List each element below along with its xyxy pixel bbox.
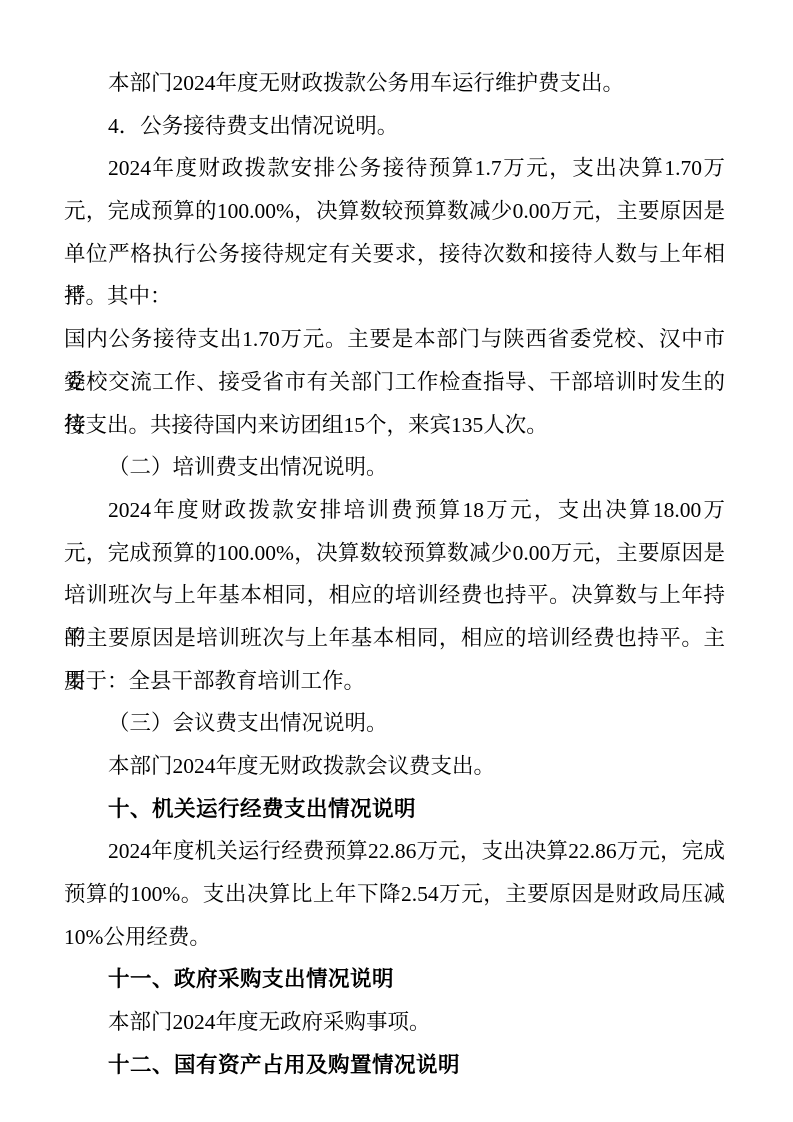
section-heading-state-assets: 十二、国有资产占用及购置情况说明 — [64, 1044, 725, 1087]
paragraph-line-meeting-heading: （三）会议费支出情况说明。 — [64, 702, 725, 745]
paragraph-line-operating-expense-1: 2024年度机关运行经费预算22.86万元，支出决算22.86万元，完成 — [64, 830, 725, 873]
paragraph-line-operating-expense-3: 10%公用经费。 — [64, 916, 725, 959]
paragraph-line-domestic-reception-2: 党校交流工作、接受省市有关部门工作检查指导、干部培训时发生的接 — [64, 361, 725, 404]
section-heading-operating-expense: 十、机关运行经费支出情况说明 — [64, 788, 725, 831]
paragraph-line-training-budget-3: 培训班次与上年基本相同，相应的培训经费也持平。决算数与上年持平 — [64, 574, 725, 617]
paragraph-line-domestic-reception-1: 国内公务接待支出1.70万元。主要是本部门与陕西省委党校、汉中市委 — [64, 318, 725, 361]
paragraph-line-operating-expense-2: 预算的100%。支出决算比上年下降2.54万元，主要原因是财政局压减 — [64, 873, 725, 916]
section-heading-gov-procurement: 十一、政府采购支出情况说明 — [64, 958, 725, 1001]
paragraph-line-no-procurement: 本部门2024年度无政府采购事项。 — [64, 1001, 725, 1044]
paragraph-line-reception-budget-4: 平。其中： — [64, 275, 725, 318]
paragraph-line-no-vehicle-expense: 本部门2024年度无财政拨款公务用车运行维护费支出。 — [64, 62, 725, 105]
paragraph-line-training-heading: （二）培训费支出情况说明。 — [64, 446, 725, 489]
paragraph-line-reception-heading: 4．公务接待费支出情况说明。 — [64, 105, 725, 148]
paragraph-line-domestic-reception-3: 待支出。共接待国内来访团组15个，来宾135人次。 — [64, 404, 725, 447]
document-page: 本部门2024年度无财政拨款公务用车运行维护费支出。 4．公务接待费支出情况说明… — [0, 0, 793, 1122]
paragraph-line-training-budget-5: 用于：全县干部教育培训工作。 — [64, 660, 725, 703]
paragraph-line-reception-budget-1: 2024年度财政拨款安排公务接待预算1.7万元，支出决算1.70万 — [64, 147, 725, 190]
paragraph-line-no-meeting-expense: 本部门2024年度无财政拨款会议费支出。 — [64, 745, 725, 788]
paragraph-line-training-budget-1: 2024年度财政拨款安排培训费预算18万元，支出决算18.00万 — [64, 489, 725, 532]
paragraph-line-reception-budget-3: 单位严格执行公务接待规定有关要求，接待次数和接待人数与上年相持 — [64, 233, 725, 276]
paragraph-line-training-budget-2: 元，完成预算的100.00%，决算数较预算数减少0.00万元，主要原因是 — [64, 532, 725, 575]
paragraph-line-training-budget-4: 的主要原因是培训班次与上年基本相同，相应的培训经费也持平。主要 — [64, 617, 725, 660]
paragraph-line-reception-budget-2: 元，完成预算的100.00%，决算数较预算数减少0.00万元，主要原因是 — [64, 190, 725, 233]
